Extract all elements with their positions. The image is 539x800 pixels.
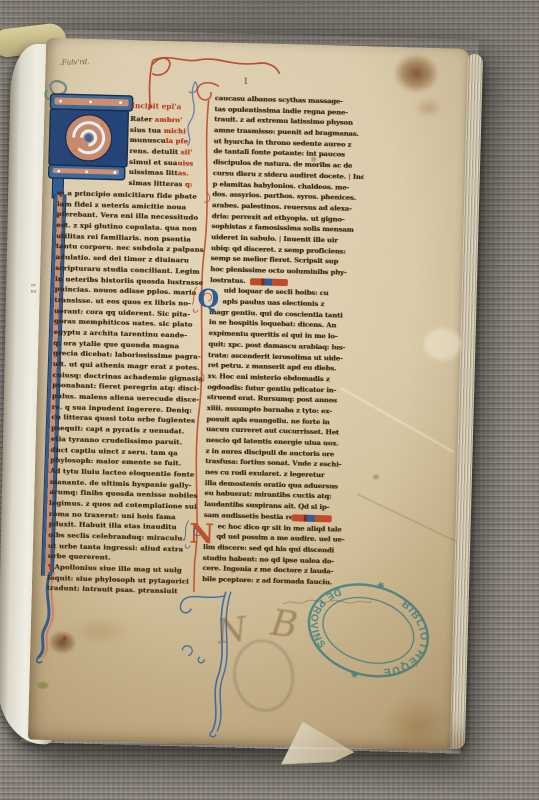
line-filler-bar xyxy=(250,278,288,286)
stain xyxy=(373,474,379,479)
manuscript-page: .Fulv'rd. 1 xyxy=(28,38,470,751)
right-column: caucasu albanos scythas massage-tas opul… xyxy=(202,93,366,588)
crease-line xyxy=(357,494,457,542)
manuscript-photo: .Fulv'rd. 1 xyxy=(0,0,539,800)
stain xyxy=(414,97,443,118)
parchment-patch xyxy=(424,328,461,361)
ownership-inscription: .Fulv'rd. xyxy=(60,58,90,67)
marginal-note: orna xyxy=(31,283,37,294)
folded-corner xyxy=(279,719,355,764)
library-stamp: BIBLIOTHÈQUE DE PROVINS ✱ ✱ xyxy=(309,561,428,700)
initial-q: Q xyxy=(191,283,224,316)
stain xyxy=(68,617,133,647)
rubric-incipit: Incipit epl'a xyxy=(131,101,181,111)
svg-text:N: N xyxy=(189,519,214,551)
svg-text:BIBLIOTHÈQUE: BIBLIOTHÈQUE xyxy=(378,597,440,688)
svg-text:Q: Q xyxy=(197,284,220,314)
illuminated-initial-f xyxy=(38,78,141,203)
text-line: simas litteras q: xyxy=(128,178,225,191)
book-fore-edge xyxy=(450,54,483,749)
stamp-separator-star: ✱ xyxy=(347,669,359,679)
line-filler-bar xyxy=(292,514,332,522)
stamp-separator-star: ✱ xyxy=(374,580,386,590)
svg-text:DE PROVINS: DE PROVINS xyxy=(299,580,345,654)
folio-number: 1 xyxy=(243,77,249,87)
stain xyxy=(393,53,440,94)
ink-scribble-letter: B xyxy=(268,603,300,647)
stain xyxy=(37,682,48,689)
initial-n: N xyxy=(183,516,218,553)
